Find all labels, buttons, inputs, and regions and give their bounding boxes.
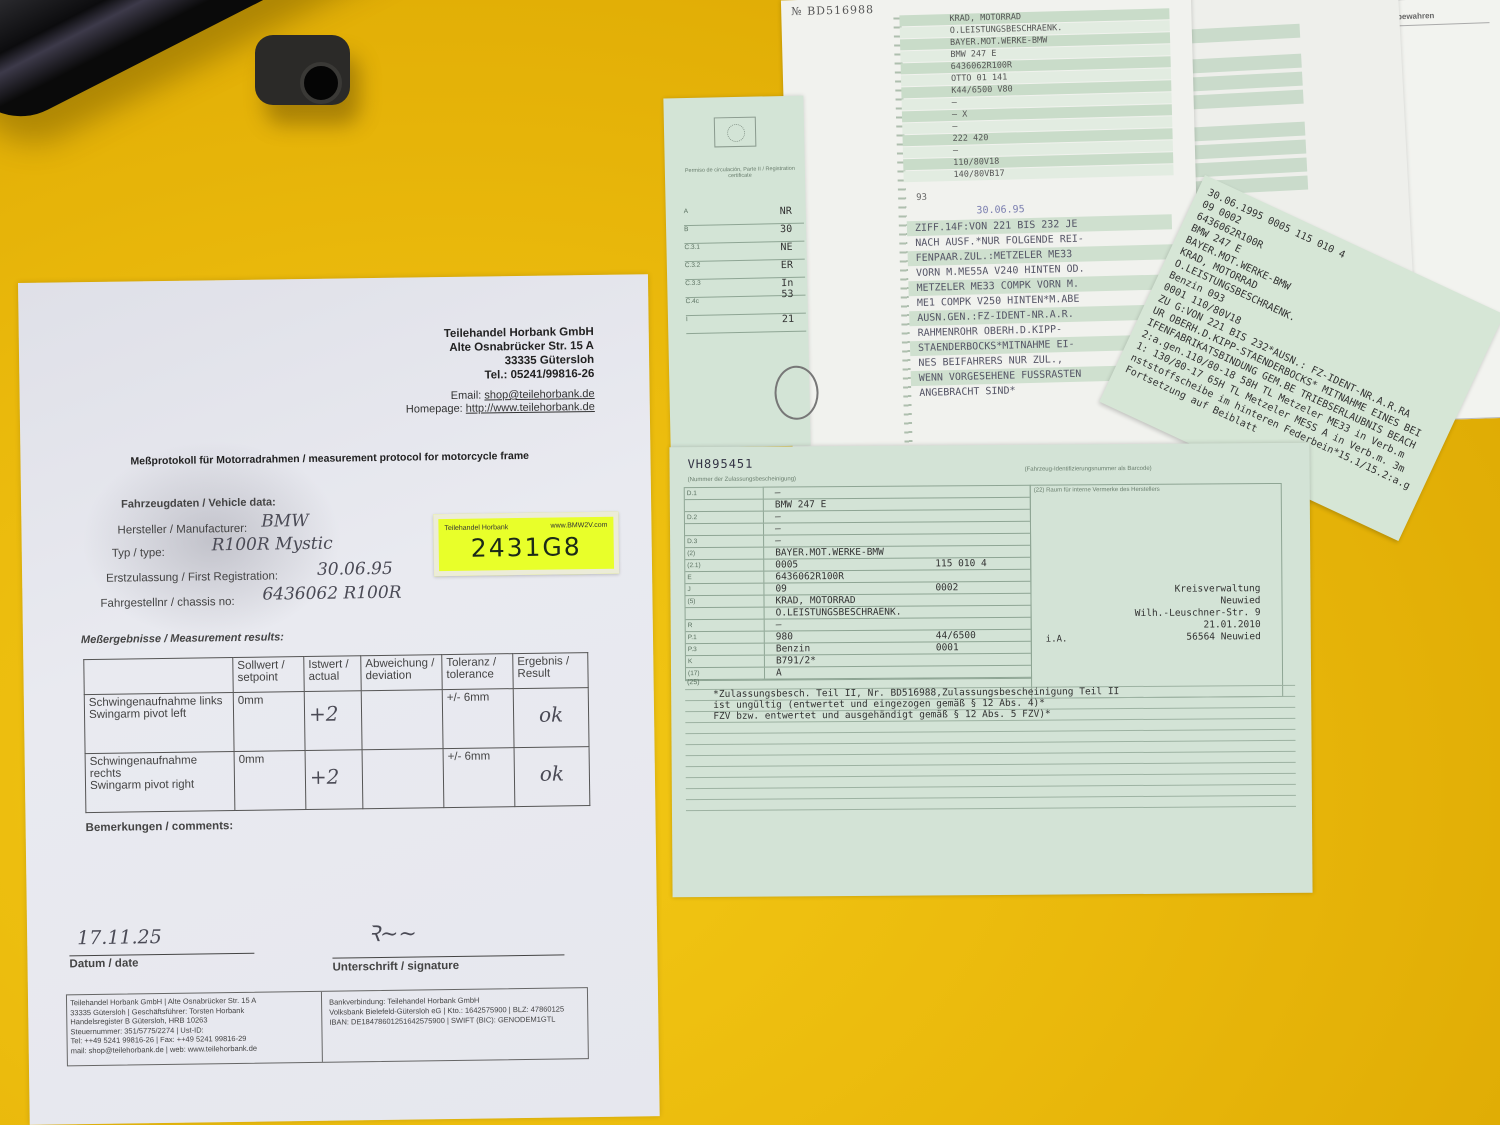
eu-caption: Permiso de circulación, Parte II / Regis… <box>675 166 805 181</box>
field-label-cell <box>705 572 764 583</box>
field-label-cell <box>705 560 764 571</box>
brief-number: № BD516988 <box>791 3 874 18</box>
eu-field-code: C.3.2 <box>685 262 701 269</box>
eu-field-code: B <box>684 226 688 233</box>
field-label-cell <box>706 644 765 655</box>
actual-cell: +2 <box>304 691 362 751</box>
seat-value: 93 <box>916 193 927 203</box>
table-row: Schwingenaufnahme rechtsSwingarm pivot r… <box>85 747 590 813</box>
signature-line <box>332 954 564 958</box>
header-deviation: Abweichung / deviation <box>361 655 442 691</box>
field-extra-value: 0002 <box>935 582 958 593</box>
remarks-code: (25) <box>687 679 700 686</box>
eu-field-code: C.4c <box>686 298 700 305</box>
field-label-cell <box>705 596 764 607</box>
motorcycle-frame-tube <box>0 0 458 137</box>
item-cell: Schwingenaufnahme linksSwingarm pivot le… <box>84 693 234 754</box>
footer-company-info: Teilehandel Horbank GmbH | Alte Osnabrüc… <box>67 992 323 1066</box>
type-value: R100R Mystic <box>212 534 333 556</box>
footer-box: Teilehandel Horbank GmbH | Alte Osnabrüc… <box>66 987 589 1066</box>
homepage-label: Homepage: <box>406 403 463 416</box>
registration-field-table: D.1—BMW 247 ED.2——D.3—(2)BAYER.MOT.WERKE… <box>684 485 1032 681</box>
field-value: — <box>775 523 781 534</box>
field-value: O.LEISTUNGSBESCHRAENK. <box>776 607 902 619</box>
authority-signature: i.A. <box>1046 634 1068 644</box>
field-value: — <box>775 511 781 522</box>
field-value: — <box>775 535 781 546</box>
field-extra-value: 0001 <box>936 642 959 653</box>
eu-field-code: C.3.3 <box>685 280 701 287</box>
field-label-cell <box>705 536 764 547</box>
eu-field-value: NE <box>780 242 792 253</box>
header-setpoint: Sollwert / setpoint <box>233 657 304 693</box>
company-address: Teilehandel Horbank GmbH Alte Osnabrücke… <box>444 325 595 383</box>
manufacturer-value: BMW <box>261 511 309 532</box>
email-label: Email: <box>451 390 482 402</box>
certificate-number-caption: (Nummer der Zulassungsbescheinigung) <box>688 476 796 483</box>
comments-label: Bemerkungen / comments: <box>86 820 234 834</box>
results-heading: Meßergebnisse / Measurement results: <box>81 631 284 646</box>
signature-label: Unterschrift / signature <box>333 960 460 974</box>
company-phone: Tel.: 05241/99816-26 <box>444 367 594 383</box>
setpoint-cell: 0mm <box>233 692 305 752</box>
field-code: D.1 <box>687 488 697 499</box>
item-en: Swingarm pivot left <box>89 707 229 721</box>
item-de: Schwingenaufnahme rechts <box>90 754 230 780</box>
date-line <box>69 953 254 957</box>
pivot-hole <box>300 62 342 104</box>
field-label-cell <box>706 632 765 643</box>
results-table: Sollwert / setpoint Istwert / actual Abw… <box>83 652 590 813</box>
company-contact: Email: shop@teilehorbank.de Homepage: ht… <box>406 388 595 417</box>
field-value: 0005 <box>775 559 798 570</box>
date-label: Datum / date <box>69 957 138 970</box>
deviation-cell <box>362 749 444 809</box>
footer-bank-info: Bankverbindung: Teilehandel Horbank GmbH… <box>325 988 568 1033</box>
field-value: — <box>775 487 781 498</box>
stock-number-sticker: Teilehandel Horbank www.BMW2V.com 2431G8 <box>433 512 619 577</box>
field-code: D.3 <box>687 536 697 547</box>
internal-remarks-caption: (22) Raum für interne Vermerke des Herst… <box>1034 487 1160 494</box>
field-code: K <box>688 656 692 667</box>
certificate-number: VH895451 <box>688 457 754 471</box>
result-cell: ok <box>513 688 589 748</box>
item-cell: Schwingenaufnahme rechtsSwingarm pivot r… <box>85 752 235 813</box>
field-value: 09 <box>775 583 787 594</box>
field-label-cell <box>705 512 764 523</box>
field-label-cell <box>706 608 765 619</box>
header-result: Ergebnis / Result <box>513 653 588 689</box>
field-code: (5) <box>687 596 695 607</box>
field-label-cell <box>706 656 765 667</box>
eu-registration-certificate: Permiso de circulación, Parte II / Regis… <box>663 96 810 449</box>
tolerance-cell: +/- 6mm <box>442 689 514 749</box>
sticker-url: www.BMW2V.com <box>550 522 607 530</box>
setpoint-cell: 0mm <box>234 751 306 811</box>
field-code: E <box>687 572 691 583</box>
field-label-cell <box>705 584 764 595</box>
field-value: B791/2* <box>776 655 816 666</box>
date-value: 17.11.25 <box>77 926 162 949</box>
field-label-cell <box>705 488 764 499</box>
eu-field-value: NR <box>780 206 792 217</box>
field-value: BAYER.MOT.WERKE-BMW <box>775 547 884 559</box>
chassis-label: Fahrgestellnr / chassis no: <box>100 596 234 610</box>
item-en: Swingarm pivot right <box>90 778 230 792</box>
field-value: — <box>776 619 782 630</box>
field-value: A <box>776 667 782 678</box>
chassis-value: 6436062 R100R <box>262 583 401 605</box>
eu-field-value: 21 <box>782 314 794 325</box>
field-label-cell <box>705 548 764 559</box>
zulassungsbescheinigung: VH895451 (Nummer der Zulassungsbescheini… <box>669 443 1312 897</box>
field-code: (2.1) <box>687 560 700 571</box>
eu-field-code: A <box>684 208 688 215</box>
actual-cell: +2 <box>305 750 363 810</box>
item-de: Schwingenaufnahme links <box>89 695 229 709</box>
eu-field-table: ANRB30C.3.1NEC.3.2ERC.3.3In 53C.4cI21 <box>684 206 807 334</box>
table-row: Schwingenaufnahme linksSwingarm pivot le… <box>84 688 589 754</box>
field-code: (17) <box>688 668 700 679</box>
measurement-protocol-sheet: Teilehandel Horbank GmbH Alte Osnabrücke… <box>18 274 660 1125</box>
brief-field-grid: KRAD, MOTORRADO.LEISTUNGSBESCHRAENK.BAYE… <box>899 8 1173 183</box>
tolerance-cell: +/- 6mm <box>443 748 515 808</box>
field-value: Benzin <box>776 643 810 654</box>
field-code: (2) <box>687 548 695 559</box>
field-code: P.3 <box>688 644 697 655</box>
field-label-cell <box>706 620 765 631</box>
field-value: BMW 247 E <box>775 499 827 510</box>
eu-field-row: I21 <box>686 314 806 335</box>
type-label: Typ / type: <box>112 547 165 560</box>
sticker-shop: Teilehandel Horbank <box>444 524 508 532</box>
eu-field-value: ER <box>781 260 793 271</box>
date-stamp: 30.06.95 <box>976 204 1024 216</box>
field-code: D.2 <box>687 512 697 523</box>
field-extra-value: 44/6500 <box>936 630 976 641</box>
first-registration-label: Erstzulassung / First Registration: <box>106 570 278 584</box>
signature-scribble: Ꝛ~~ <box>367 917 417 948</box>
eu-field-value: 30 <box>780 224 792 235</box>
first-registration-value: 30.06.95 <box>317 559 393 580</box>
field-value: KRAD, MOTORRAD <box>775 595 855 607</box>
footer-line: IBAN: DE18478601251642575900 | SWIFT (BI… <box>329 1014 564 1027</box>
field-label-cell <box>705 500 764 511</box>
deviation-cell <box>361 690 443 750</box>
email-link[interactable]: shop@teilehorbank.de <box>484 388 594 402</box>
field-value: 6436062R100R <box>775 571 844 582</box>
header-actual: Istwert / actual <box>304 656 361 692</box>
field-extra-value: 115 010 4 <box>935 558 987 569</box>
field-label-cell <box>706 668 765 679</box>
field-label-cell <box>705 524 764 535</box>
eu-flag-icon <box>714 117 757 148</box>
field-code: R <box>688 620 693 631</box>
field-value: 980 <box>776 631 793 642</box>
header-cell <box>84 658 233 695</box>
eu-field-code: I <box>686 316 688 323</box>
homepage-link[interactable]: http://www.teilehorbank.de <box>466 401 595 415</box>
sticker-number: 2431G8 <box>439 532 614 563</box>
remarks-section: (25)*Zulassungsbesch. Teil II, Nr. BD516… <box>685 675 1296 811</box>
eu-field-code: C.3.1 <box>684 244 700 251</box>
result-cell: ok <box>514 747 590 807</box>
field-code: J <box>687 584 690 595</box>
vehicle-data-heading: Fahrzeugdaten / Vehicle data: <box>121 496 276 510</box>
barcode-caption: (Fahrzeug-Identifizierungsnummer als Bar… <box>1025 466 1152 473</box>
header-tolerance: Toleranz / tolerance <box>442 654 513 690</box>
field-code: P.1 <box>688 632 697 643</box>
